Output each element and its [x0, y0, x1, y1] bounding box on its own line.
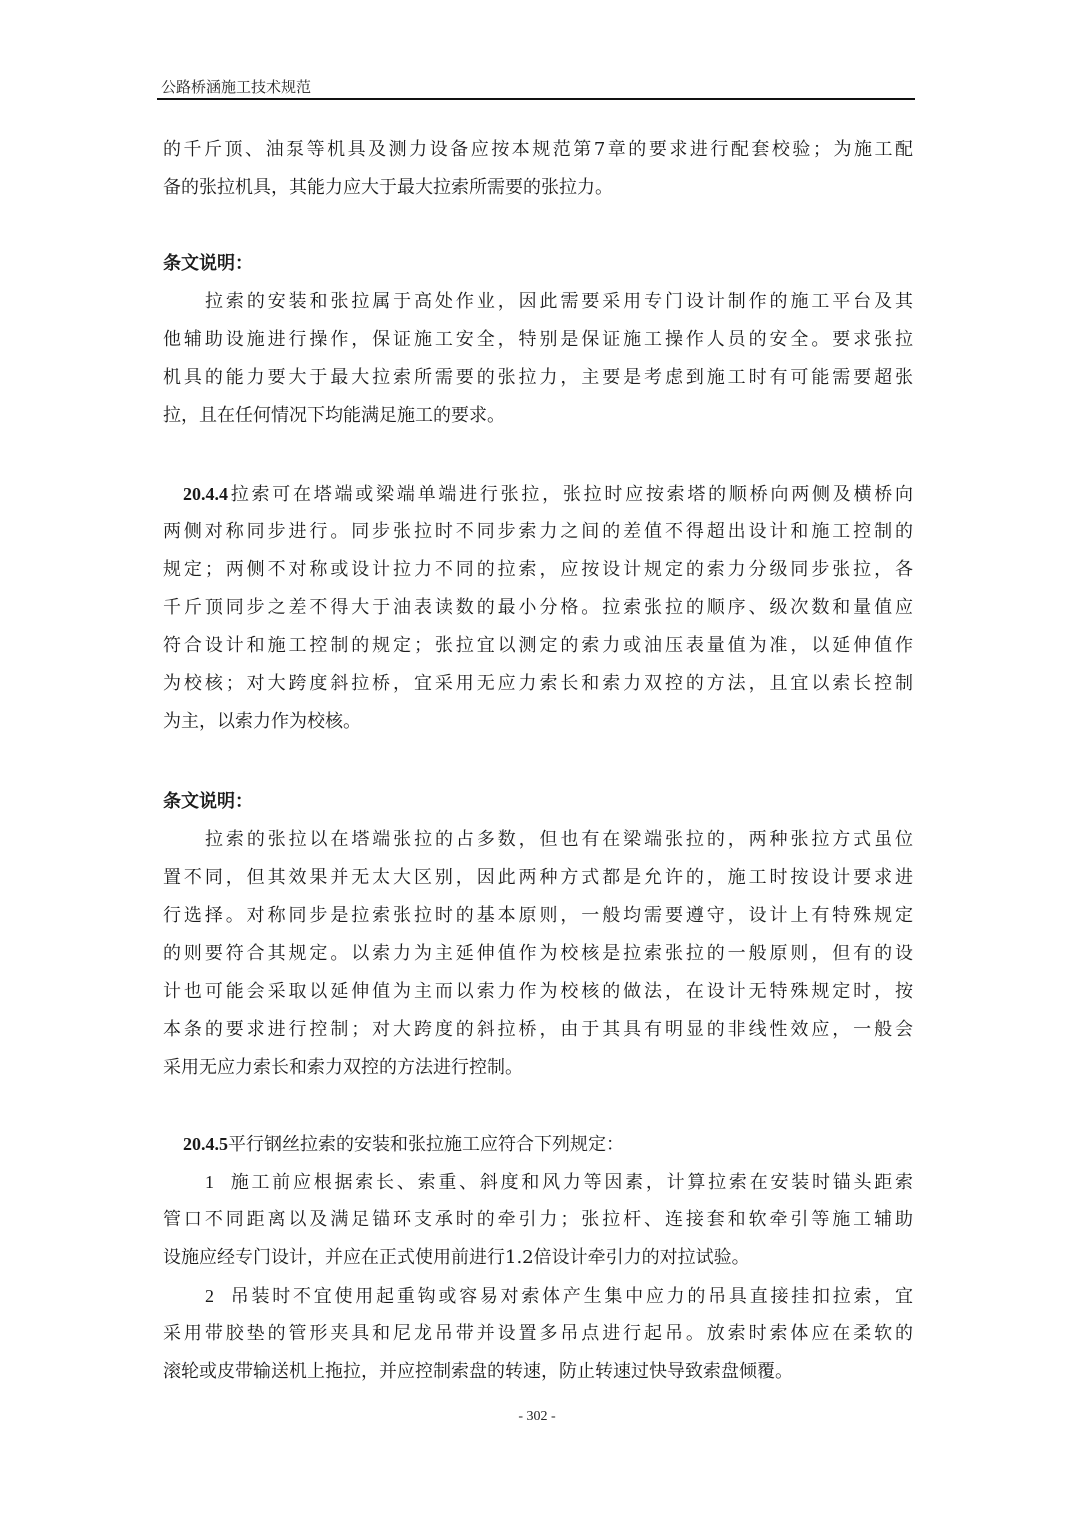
list-item-number: 1	[205, 1172, 214, 1192]
text-line: 行选择。对称同步是拉索张拉时的基本原则，一般均需要遵守，设计上有特殊规定	[163, 904, 913, 928]
text-line: 规定；两侧不对称或设计拉力不同的拉索，应按设计规定的索力分级同步张拉，各	[163, 558, 913, 582]
note-heading: 条文说明：	[163, 790, 253, 814]
clause-text: 平行钢丝拉索的安装和张拉施工应符合下列规定：	[228, 1134, 624, 1155]
text-line: 置不同，但其效果并无太大区别，因此两种方式都是允许的，施工时按设计要求进	[163, 866, 913, 890]
list-item-2-first-line: 2吊装时不宜使用起重钩或容易对索体产生集中应力的吊具直接挂扣拉索，宜	[205, 1284, 913, 1309]
text-line: 备的张拉机具，其能力应大于最大拉索所需要的张拉力。	[163, 176, 913, 200]
running-header-title: 公路桥涵施工技术规范	[161, 76, 311, 97]
text-line: 千斤顶同步之差不得大于油表读数的最小分格。拉索张拉的顺序、级次数和量值应	[163, 596, 913, 620]
clause-20-4-5-first-line: 20.4.5平行钢丝拉索的安装和张拉施工应符合下列规定：	[183, 1132, 913, 1157]
text-line: 机具的能力要大于最大拉索所需要的张拉力，主要是考虑到施工时有可能需要超张	[163, 366, 913, 390]
text-line: 采用无应力索长和索力双控的方法进行控制。	[163, 1056, 913, 1080]
text-line: 采用带胶垫的管形夹具和尼龙吊带并设置多吊点进行起吊。放索时索体应在柔软的	[163, 1322, 913, 1346]
clause-20-4-4-first-line: 20.4.4拉索可在塔端或梁端单端进行张拉，张拉时应按索塔的顺桥向两侧及横桥向	[183, 482, 913, 507]
list-item-text: 吊装时不宜使用起重钩或容易对索体产生集中应力的吊具直接挂扣拉索，宜	[228, 1286, 913, 1307]
text-line: 计也可能会采取以延伸值为主而以索力作为校核的做法，在设计无特殊规定时，按	[163, 980, 913, 1004]
clause-number: 20.4.4	[183, 484, 228, 504]
text-line: 拉索的张拉以在塔端张拉的占多数，但也有在梁端张拉的，两种张拉方式虽位	[205, 828, 913, 852]
text-line: 的千斤顶、油泵等机具及测力设备应按本规范第7章的要求进行配套校验；为施工配	[163, 138, 913, 162]
list-item-text: 施工前应根据索长、索重、斜度和风力等因素，计算拉索在安装时锚头距索	[228, 1172, 913, 1193]
text-line: 符合设计和施工控制的规定；张拉宜以测定的索力或油压表量值为准，以延伸值作	[163, 634, 913, 658]
clause-text: 拉索可在塔端或梁端单端进行张拉，张拉时应按索塔的顺桥向两侧及横桥向	[228, 484, 913, 505]
text-line: 本条的要求进行控制；对大跨度的斜拉桥，由于其具有明显的非线性效应，一般会	[163, 1018, 913, 1042]
text-line: 拉索的安装和张拉属于高处作业，因此需要采用专门设计制作的施工平台及其	[205, 290, 913, 314]
text-line: 为主，以索力作为校核。	[163, 710, 913, 734]
page-number: - 302 -	[0, 1409, 1074, 1425]
text-line: 两侧对称同步进行。同步张拉时不同步索力之间的差值不得超出设计和施工控制的	[163, 520, 913, 544]
text-line: 为校核；对大跨度斜拉桥，宜采用无应力索长和索力双控的方法，且宜以索长控制	[163, 672, 913, 696]
text-line: 管口不同距离以及满足锚环支承时的牵引力；张拉杆、连接套和软牵引等施工辅助	[163, 1208, 913, 1232]
text-line: 他辅助设施进行操作，保证施工安全，特别是保证施工操作人员的安全。要求张拉	[163, 328, 913, 352]
note-heading: 条文说明：	[163, 252, 253, 276]
list-item-number: 2	[205, 1286, 214, 1306]
list-item-1-first-line: 1施工前应根据索长、索重、斜度和风力等因素，计算拉索在安装时锚头距索	[205, 1170, 913, 1195]
text-line: 的则要符合其规定。以索力为主延伸值作为校核是拉索张拉的一般原则，但有的设	[163, 942, 913, 966]
text-line: 滚轮或皮带输送机上拖拉，并应控制索盘的转速，防止转速过快导致索盘倾覆。	[163, 1360, 913, 1384]
clause-number: 20.4.5	[183, 1134, 228, 1154]
text-line: 拉，且在任何情况下均能满足施工的要求。	[163, 404, 913, 428]
header-divider	[157, 98, 915, 100]
text-line: 设施应经专门设计，并应在正式使用前进行1.2倍设计牵引力的对拉试验。	[163, 1246, 913, 1270]
